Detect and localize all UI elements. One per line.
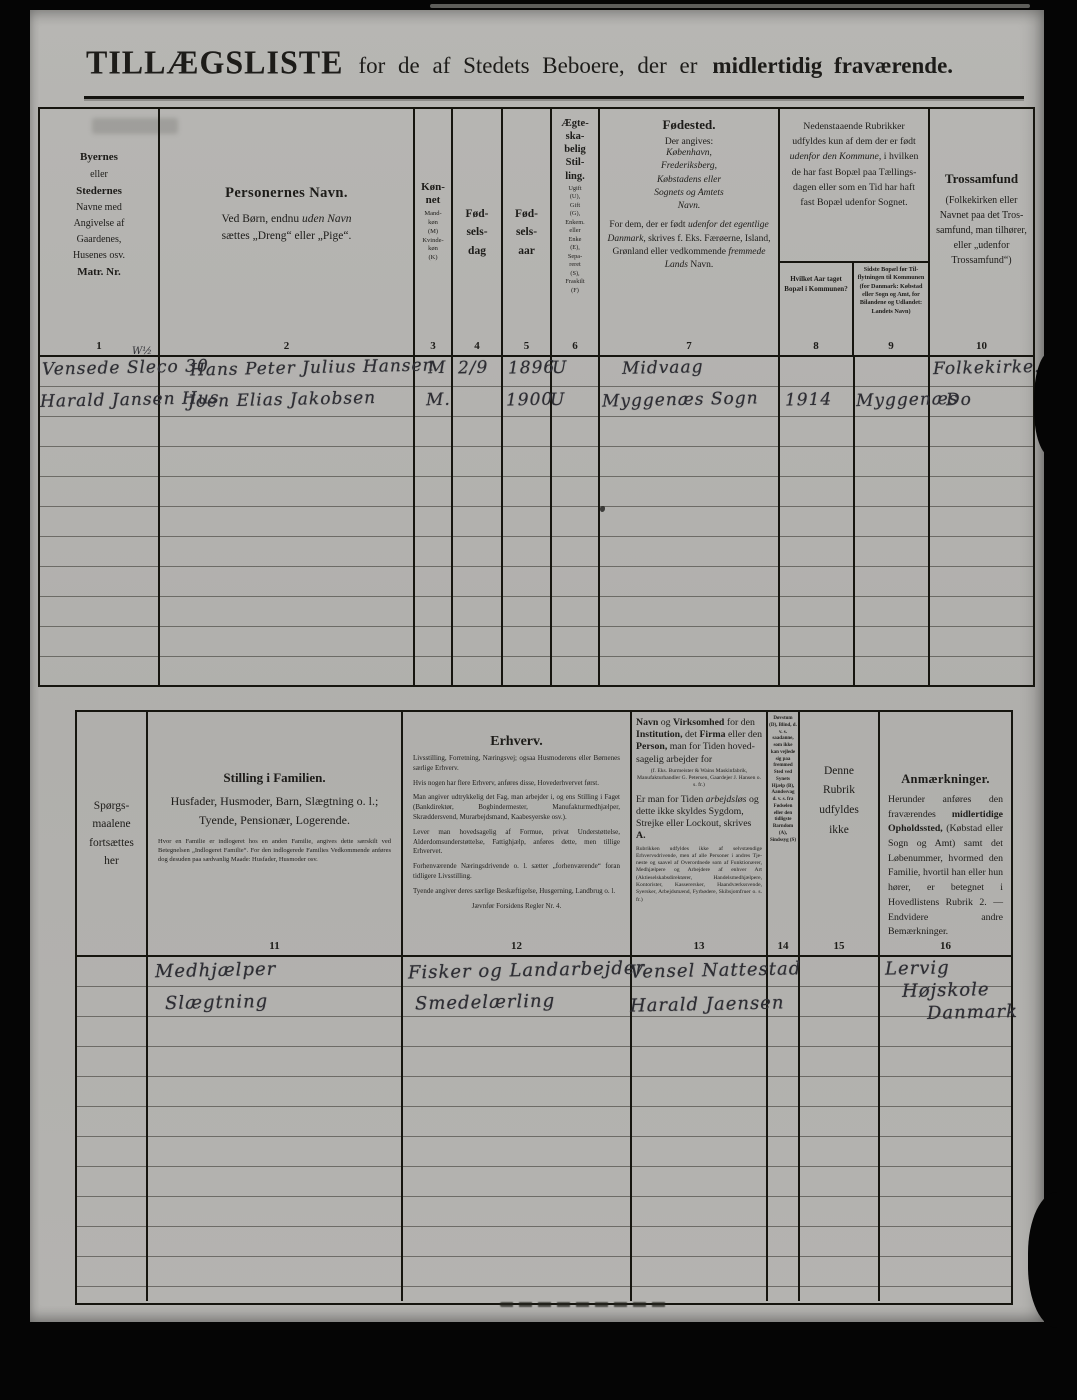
col13-number: 13	[632, 940, 766, 955]
col7-list: København,Frederiksberg,Købstadens eller…	[600, 147, 778, 213]
printer-imprint-smudge	[500, 1302, 670, 1307]
col1-header: Byernes eller Stedernes Navne med Angive…	[40, 109, 160, 355]
entry1-place: Vensede Sleco 30	[42, 356, 209, 379]
col6-header: Ægte-ska-beligStil-ling. Ugift(U),Gift(G…	[552, 109, 600, 355]
col1-line: Gaardenes,	[40, 232, 158, 248]
column-divider	[77, 957, 148, 1301]
scan-blob-right-lower	[1028, 1192, 1077, 1328]
entry1-remarks-line1: Lervig	[885, 957, 950, 979]
col8-text: Hvilket Aar taget Bopæl i Kommunen?	[780, 263, 852, 295]
col16-title: Anmærkninger.	[880, 712, 1011, 787]
col8-9-subheaders: Hvilket Aar taget Bopæl i Kommunen? 8 Si…	[780, 261, 928, 355]
col3-title: Køn-net	[415, 109, 451, 207]
col4-number: 4	[453, 340, 501, 355]
col7-title: Fødested.	[600, 109, 778, 133]
col3-number: 3	[415, 340, 451, 355]
col5-number: 5	[503, 340, 550, 355]
col9-text: Sidste Bopæl før Til­flytningen til Kom­…	[854, 263, 928, 316]
col10-number: 10	[930, 340, 1033, 355]
scan-light-sliver	[430, 4, 1030, 8]
col5-title: Fød-sels-aar	[503, 109, 550, 260]
col7-intro: Der angives:	[600, 137, 778, 147]
col16-header: Anmærkninger. Herunder anføres den fravæ…	[880, 712, 1011, 955]
col10-title: Trossamfund	[930, 109, 1033, 187]
col13-header: Navn og Virksomhed for den Institution, …	[632, 712, 768, 955]
column-divider	[800, 957, 880, 1301]
table-main-header: Byernes eller Stedernes Navne med Angive…	[40, 109, 1033, 357]
column-divider	[453, 357, 503, 685]
col4-title: Fød-sels-dag	[453, 109, 501, 260]
col14-number: 14	[768, 940, 798, 955]
col2-header: Personernes Navn. Ved Børn, endnu uden N…	[160, 109, 415, 355]
entry2-birthyear: 1900	[506, 390, 554, 411]
col3-small: Mand-køn(M)Kvinde-køn(K)	[415, 210, 451, 263]
entry2-family-position: Slægtning	[165, 991, 269, 1014]
scan-border-right	[1044, 0, 1077, 1400]
scanned-form-page: TILLÆGSLISTE for de af Stedets Beboere, …	[30, 10, 1044, 1322]
col11-header: Stilling i Familien. Husfader, Husmoder,…	[148, 712, 403, 955]
title-rule	[84, 96, 1024, 99]
col12-header: Erhverv. Livsstilling, Forretning, Nærin…	[403, 712, 632, 955]
entry2-marital: U	[550, 390, 566, 410]
entry2-name: Joen Elias Jakobsen	[188, 388, 377, 412]
entry2-year-moved: 1914	[785, 390, 833, 411]
col8-9-intro: Nedenstaaende Rubrik­ker udfyldes kun af…	[780, 109, 928, 210]
col13-small2: Rubrikken udfyldes ikke af selv­stændige…	[636, 846, 762, 904]
scan-border-bottom	[0, 1322, 1077, 1400]
entry2-occupation: Smedelærling	[415, 991, 556, 1015]
side-label: Spørgs-maalenefortsættesher	[89, 797, 134, 871]
entry1-marital: U	[552, 358, 568, 378]
col7-paragraph: For dem, der er født udenfor det egent­l…	[600, 219, 778, 272]
col6-title: Ægte-ska-beligStil-ling.	[552, 109, 598, 183]
col11-title: Stilling i Familien.	[148, 712, 401, 786]
col16-number: 16	[880, 940, 1011, 955]
col3-header: Køn-net Mand-køn(M)Kvinde-køn(K) 3	[415, 109, 453, 355]
col1-header-text: Byernes eller Stedernes Navne med Angive…	[40, 109, 158, 282]
col1-line: Navne med	[40, 200, 158, 216]
col4-header: Fød-sels-dag 4	[453, 109, 503, 355]
col15-header: DenneRubrikudfyldesikke 15	[800, 712, 880, 955]
col13-lead: Navn og Virksomhed for den Institution, …	[636, 717, 762, 766]
col1-line: Matr. Nr.	[40, 264, 158, 282]
col13-mid: Er man for Tiden ar­bejdsløs og dette ik…	[636, 794, 762, 843]
col14-header: Døvstum (D), Blind, d. v. s. saadanne, s…	[768, 712, 800, 955]
col11-number: 11	[148, 940, 401, 955]
col6-number: 6	[552, 340, 598, 355]
entry2-employer: Harald Jaensen	[630, 992, 785, 1016]
col1-line: Byernes	[40, 149, 158, 167]
col1-line: Stedernes	[40, 183, 158, 201]
entry1-birthplace: Midvaag	[622, 357, 704, 379]
entry2-religion: Do	[946, 390, 972, 411]
col1-line: Husenes osv.	[40, 248, 158, 264]
col16-body: Herunder anføres den fraværendes midlert…	[880, 793, 1011, 940]
col8-number: 8	[780, 340, 852, 355]
col8-subheader: Hvilket Aar taget Bopæl i Kommunen? 8	[780, 263, 854, 355]
col9-number: 9	[854, 340, 928, 355]
scan-blob-right-upper	[1034, 352, 1064, 456]
entry2-last-residence: Myggenæs	[856, 389, 959, 411]
col5-header: Fød-sels-aar 5	[503, 109, 552, 355]
entry2-remarks-line2: Danmark	[927, 1001, 1018, 1024]
col7-header: Fødested. Der angives: København,Frederi…	[600, 109, 780, 355]
col11-small: Hvor en Familie er indlogeret hos en and…	[148, 837, 401, 864]
entry1-sex: M	[428, 358, 447, 378]
col11-body: Husfader, Husmoder, Barn, Slægtning o. l…	[148, 792, 401, 829]
col13-text: Navn og Virksomhed for den Institution, …	[632, 712, 766, 904]
col12-number: 12	[403, 940, 630, 955]
title-bold-end: midlertidig fraværende.	[712, 53, 953, 79]
page-title: TILLÆGSLISTE for de af Stedets Beboere, …	[86, 44, 1026, 81]
entry1-employer: Vensel Nattestad	[630, 958, 802, 983]
side-label-cell: Spørgs-maalenefortsættesher	[77, 712, 148, 955]
col12-paragraphs: Livsstilling, Forretning, Næringsvej; og…	[403, 750, 630, 916]
col1-line: eller	[40, 167, 158, 183]
col8-9-header: Nedenstaaende Rubrik­ker udfyldes kun af…	[780, 109, 930, 355]
scan-border-left	[0, 0, 30, 1400]
col6-small: Ugift(U),Gift(G),Enkem.ellerEnke(E),Sepa…	[552, 185, 598, 296]
col7-number: 7	[600, 340, 778, 355]
col15-number: 15	[800, 940, 878, 955]
col10-body: (Folkekirken eller Navnet paa det Tros­s…	[930, 193, 1033, 268]
col1-line: Angivelse af	[40, 216, 158, 232]
col14-text: Døvstum (D), Blind, d. v. s. saadanne, s…	[768, 712, 798, 844]
table-continuation-header: Spørgs-maalenefortsættesher Stilling i F…	[77, 712, 1011, 957]
col12-title: Erhverv.	[403, 712, 630, 750]
col2-title: Personernes Navn.	[160, 109, 413, 202]
entry1-matr-superscript: W½	[132, 346, 152, 357]
entry2-remarks-line1: Højskole	[902, 979, 990, 1002]
col13-small1: (f. Eks. Burmeister & Wains Maskinfabrik…	[636, 768, 762, 790]
entry2-sex: M.	[426, 390, 451, 411]
entry1-birthyear: 1896	[508, 358, 556, 379]
entry1-religion: Folkekirke.	[933, 357, 1041, 379]
entry1-birthday: 2/9	[458, 358, 489, 379]
entry1-family-position: Medhjælper	[155, 959, 277, 983]
col2-subtitle: Ved Børn, endnu uden Navn sættes „Dreng“…	[160, 211, 413, 246]
col10-header: Trossamfund (Folkekirken eller Navnet pa…	[930, 109, 1033, 355]
col15-text: DenneRubrikudfyldesikke	[819, 762, 859, 840]
col9-subheader: Sidste Bopæl før Til­flytningen til Kom­…	[854, 263, 928, 355]
col2-number: 2	[160, 340, 413, 355]
title-main: TILLÆGSLISTE	[86, 43, 343, 82]
entry2-birthplace: Myggenæs Sogn	[602, 388, 759, 411]
title-mid: for de af Stedets Beboere, der er	[358, 53, 697, 79]
